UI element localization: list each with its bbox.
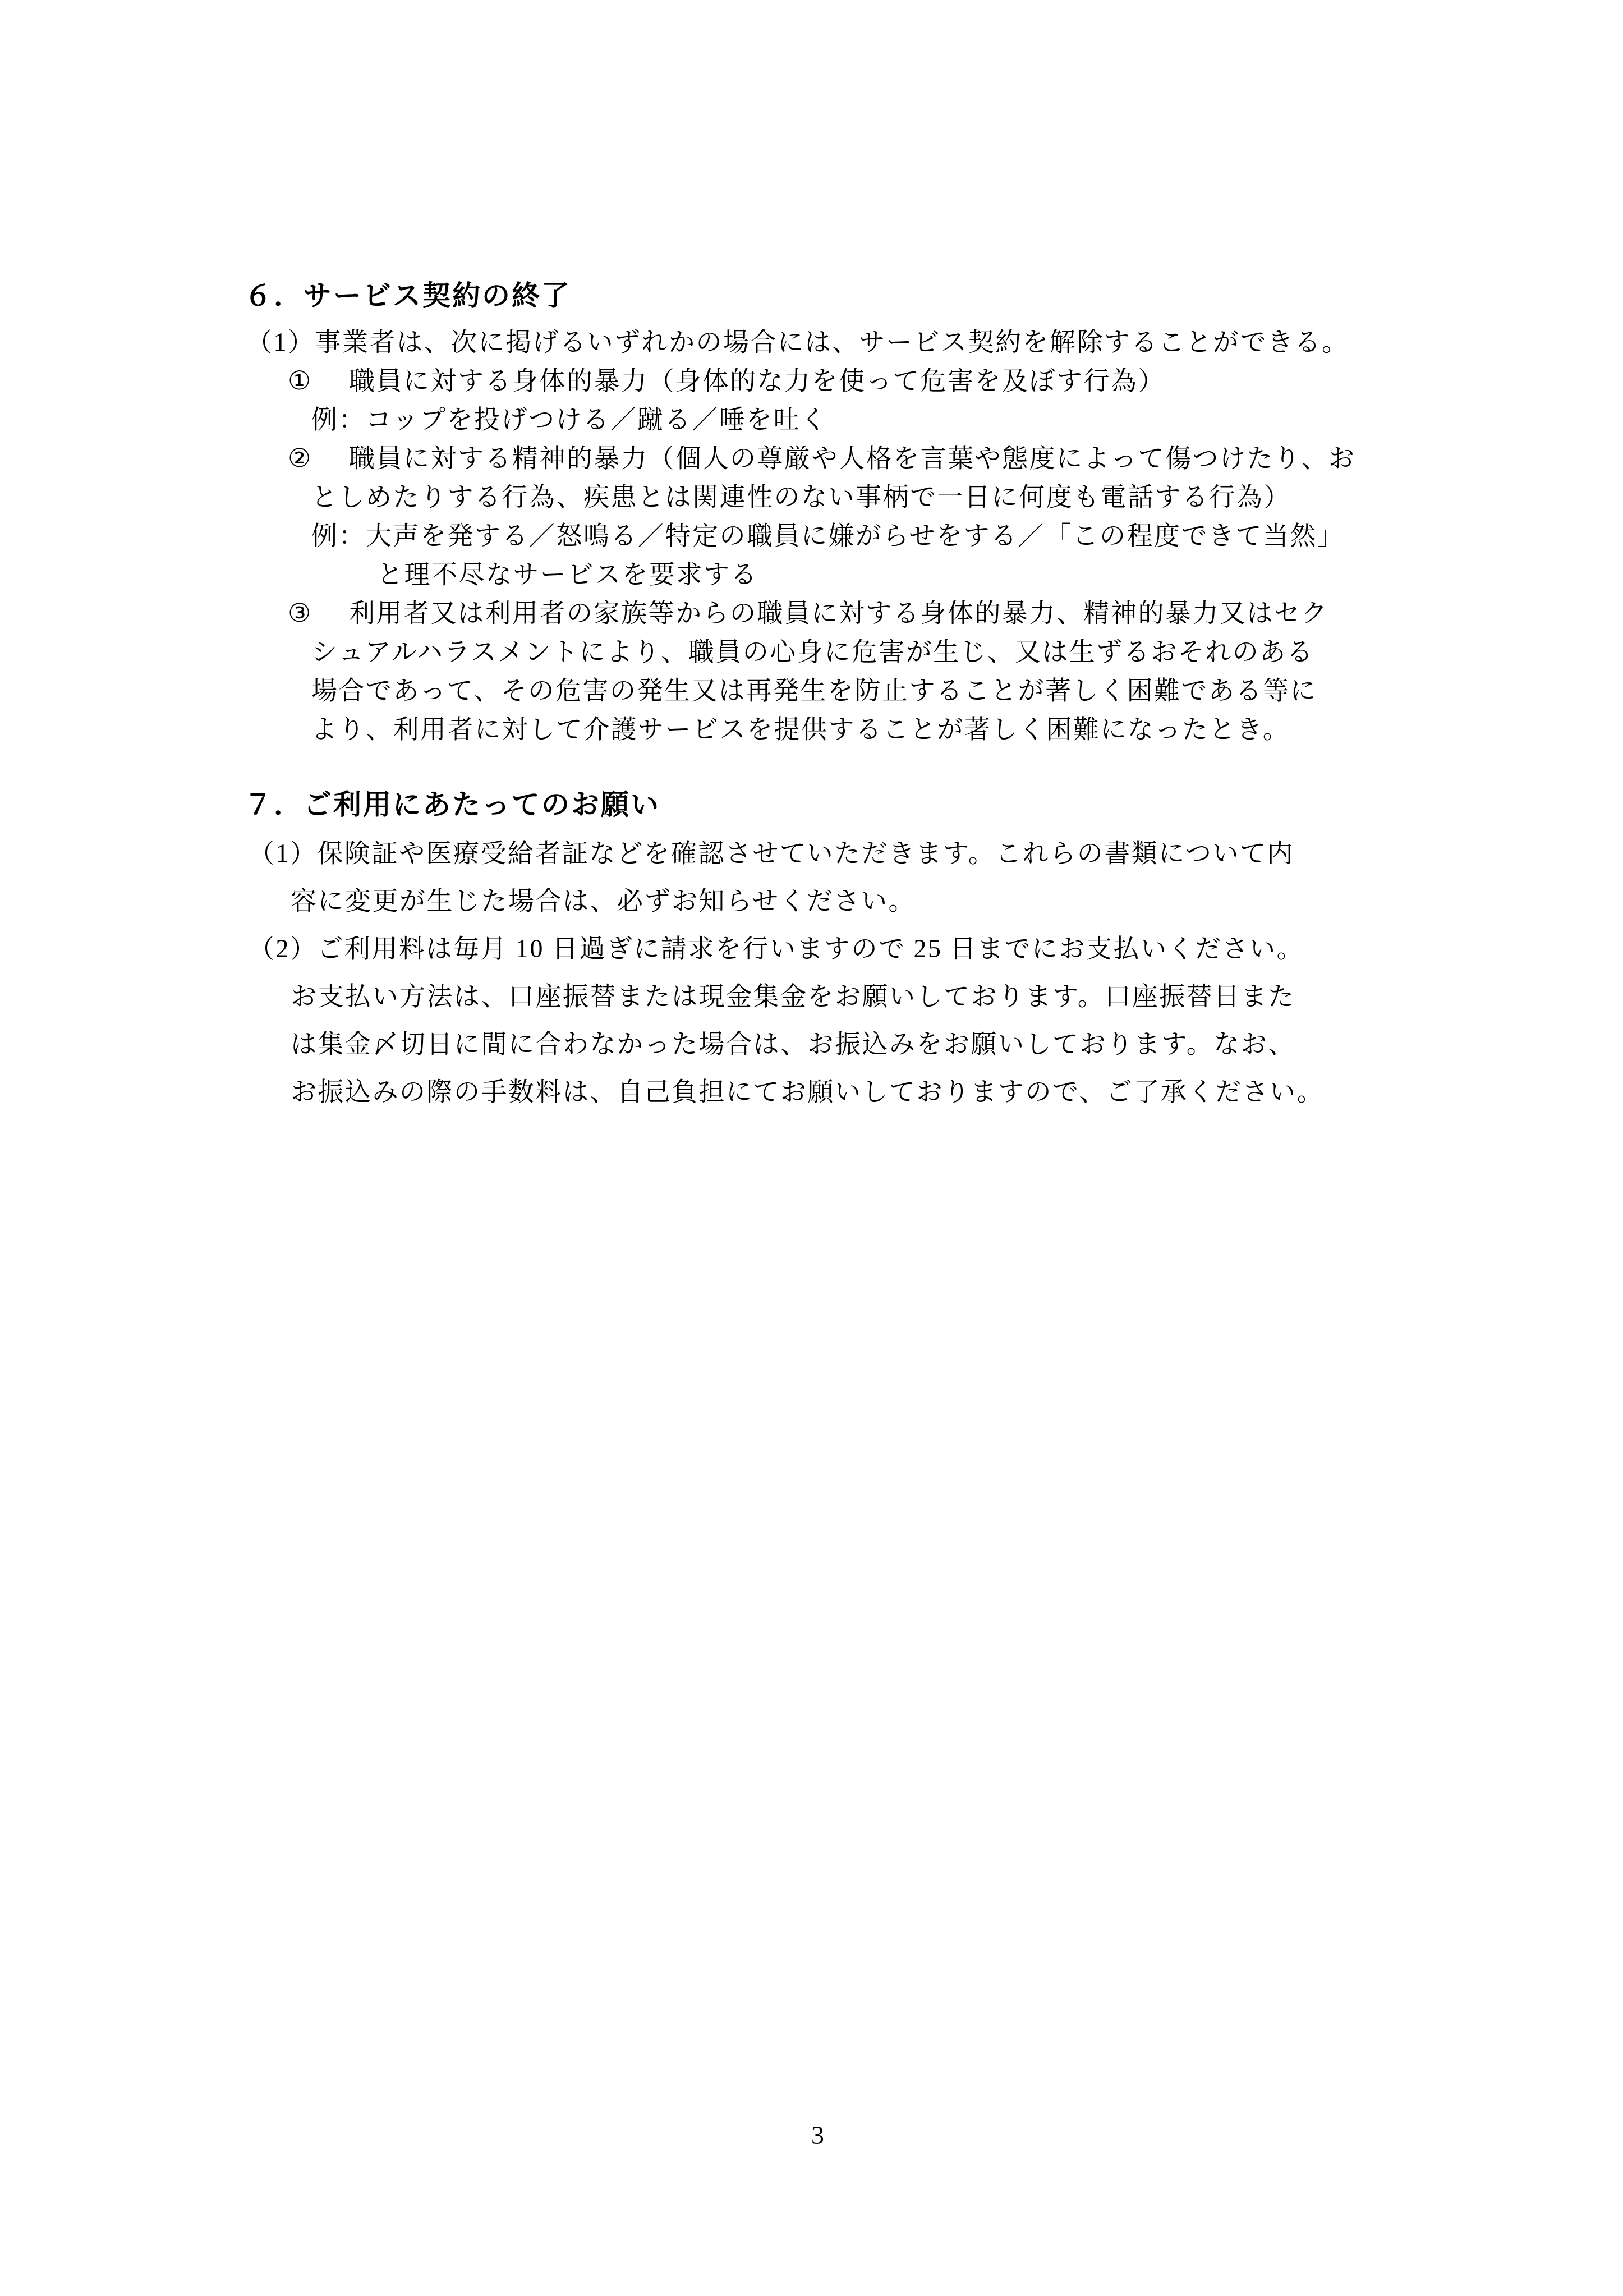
section-6-subitem-3-continuation-3: より、利用者に対して介護サービスを提供することが著しく困難になったとき。	[311, 710, 1391, 749]
section-6-example-2-continuation: と理不尽なサービスを要求する	[377, 555, 1391, 594]
section-6-heading: ６．サービス契約の終了	[244, 279, 1391, 313]
section-6-subitem-2: ②職員に対する精神的暴力（個人の尊厳や人格を言葉や態度によって傷つけたり、お	[288, 439, 1391, 477]
section-7-heading: ７．ご利用にあたってのお願い	[244, 788, 1391, 821]
section-6-subitem-2-continuation: としめたりする行為、疾患とは関連性のない事柄で一日に何度も電話する行為）	[311, 477, 1391, 516]
section-6-body: （1）事業者は、次に掲げるいずれかの場合には、サービス契約を解除することができる…	[244, 323, 1391, 749]
section-6-subitem-3-continuation-2: 場合であって、その危害の発生又は再発生を防止することが著しく困難である等に	[311, 671, 1391, 710]
circled-number-2: ②	[288, 439, 349, 477]
section-6-subitem-1: ①職員に対する身体的暴力（身体的な力を使って危害を及ぼす行為）	[288, 361, 1391, 400]
circled-number-1: ①	[288, 361, 349, 400]
section-7-item-2: （2）ご利用料は毎月 10 日過ぎに請求を行いますので 25 日までにお支払いく…	[249, 925, 1391, 972]
subitem-1-text: 職員に対する身体的暴力（身体的な力を使って危害を及ぼす行為）	[349, 361, 1165, 400]
page-content: ６．サービス契約の終了 （1）事業者は、次に掲げるいずれかの場合には、サービス契…	[244, 279, 1391, 1115]
section-7-item-2-continuation-2: は集金〆切日に間に合わなかった場合は、お振込みをお願いしております。なお、	[291, 1020, 1391, 1068]
section-6-example-1: 例：コップを投げつける／蹴る／唾を吐く	[311, 400, 1391, 439]
section-7-item-1: （1）保険証や医療受給者証などを確認させていただきます。これらの書類について内	[249, 829, 1391, 877]
section-7-item-1-continuation: 容に変更が生じた場合は、必ずお知らせください。	[291, 877, 1391, 925]
document-page: { "section6": { "heading": "６．サービス契約の終了"…	[0, 0, 1623, 2296]
section-6-subitem-3: ③利用者又は利用者の家族等からの職員に対する身体的暴力、精神的暴力又はセク	[288, 594, 1391, 632]
section-7-item-2-continuation-1: お支払い方法は、口座振替または現金集金をお願いしております。口座振替日また	[291, 972, 1391, 1020]
section-6-example-2: 例：大声を発する／怒鳴る／特定の職員に嫌がらせをする／「この程度できて当然」	[311, 516, 1391, 555]
section-7-item-2-continuation-3: お振込みの際の手数料は、自己負担にてお願いしておりますので、ご了承ください。	[291, 1068, 1391, 1115]
section-7-body: （1）保険証や医療受給者証などを確認させていただきます。これらの書類について内 …	[244, 829, 1391, 1115]
page-number: 3	[244, 2120, 1391, 2151]
section-6-subitem-3-continuation-1: シュアルハラスメントにより、職員の心身に危害が生じ、又は生ずるおそれのある	[311, 632, 1391, 671]
circled-number-3: ③	[288, 594, 349, 632]
subitem-3-text: 利用者又は利用者の家族等からの職員に対する身体的暴力、精神的暴力又はセク	[349, 594, 1328, 632]
section-6-item-1: （1）事業者は、次に掲げるいずれかの場合には、サービス契約を解除することができる…	[246, 323, 1391, 361]
subitem-2-text: 職員に対する精神的暴力（個人の尊厳や人格を言葉や態度によって傷つけたり、お	[349, 439, 1356, 477]
